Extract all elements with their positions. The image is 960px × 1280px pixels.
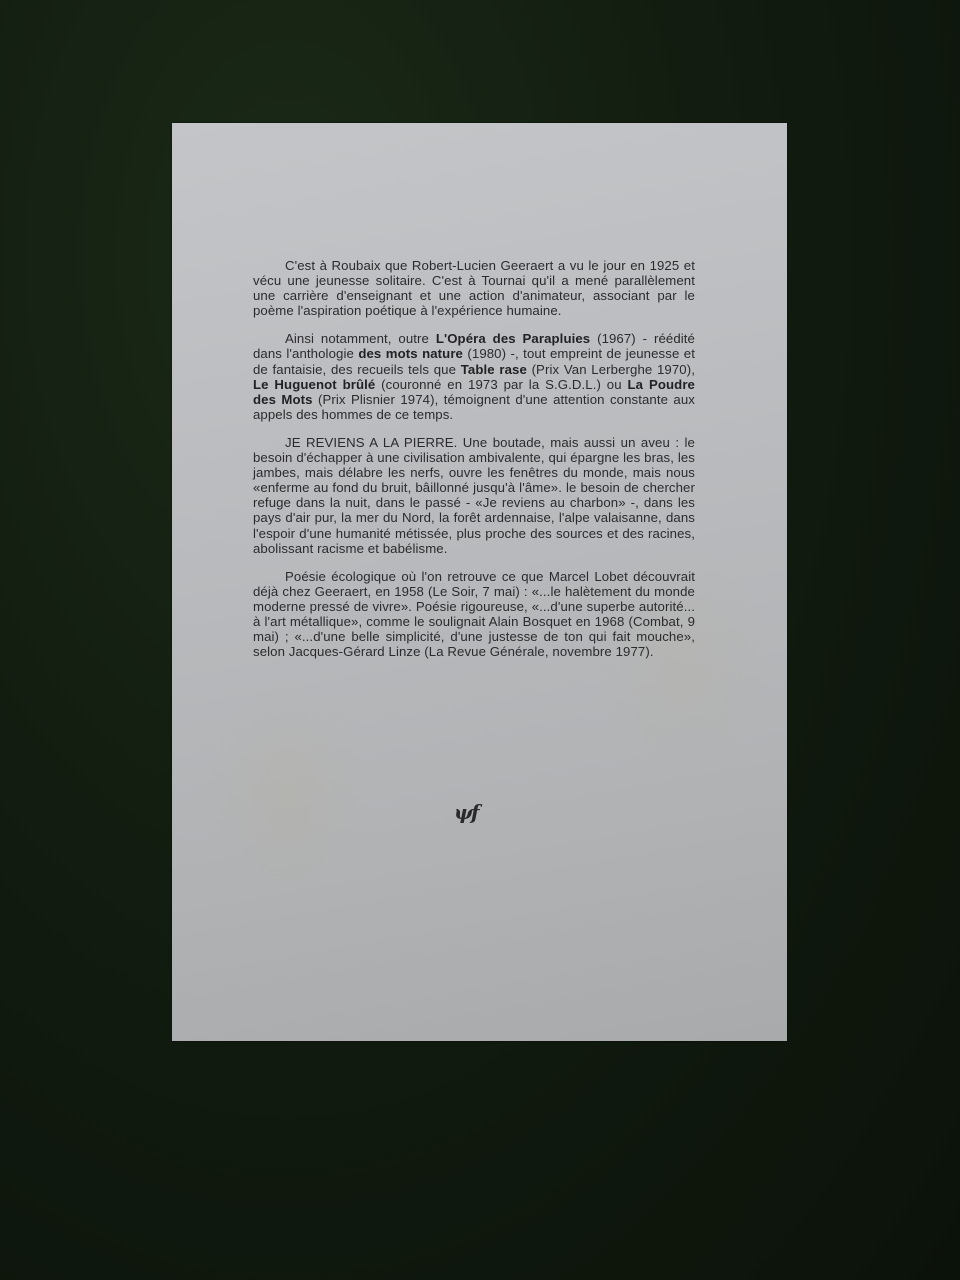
text-run: (Prix Van Lerberghe 1970),: [527, 362, 695, 377]
book-title: L'Opéra des Parapluies: [436, 331, 590, 346]
text-run: Poésie écologique où l'on retrouve ce qu…: [253, 569, 695, 659]
text-run: (couronné en 1973 par la S.G.D.L.) ou: [375, 377, 627, 392]
paragraph-biography: C'est à Roubaix que Robert-Lucien Geerae…: [253, 258, 695, 318]
publisher-logo-icon: ψf: [454, 800, 477, 824]
text-run: (Prix Plisnier 1974), témoignent d'une a…: [253, 392, 695, 422]
paragraph-je-reviens-a-la-pierre: JE REVIENS A LA PIERRE. Une boutade, mai…: [253, 435, 695, 556]
paragraph-works: Ainsi notamment, outre L'Opéra des Parap…: [253, 331, 695, 422]
paragraph-critical-reception: Poésie écologique où l'on retrouve ce qu…: [253, 569, 695, 660]
author-blurb: C'est à Roubaix que Robert-Lucien Geerae…: [253, 258, 695, 672]
book-title: Le Huguenot brûlé: [253, 377, 375, 392]
text-run: JE REVIENS A LA PIERRE. Une boutade, mai…: [253, 435, 695, 556]
text-run: Ainsi notamment, outre: [285, 331, 436, 346]
book-title: Table rase: [461, 362, 527, 377]
book-title: des mots nature: [358, 346, 463, 361]
text-run: C'est à Roubaix que Robert-Lucien Geerae…: [253, 258, 695, 318]
